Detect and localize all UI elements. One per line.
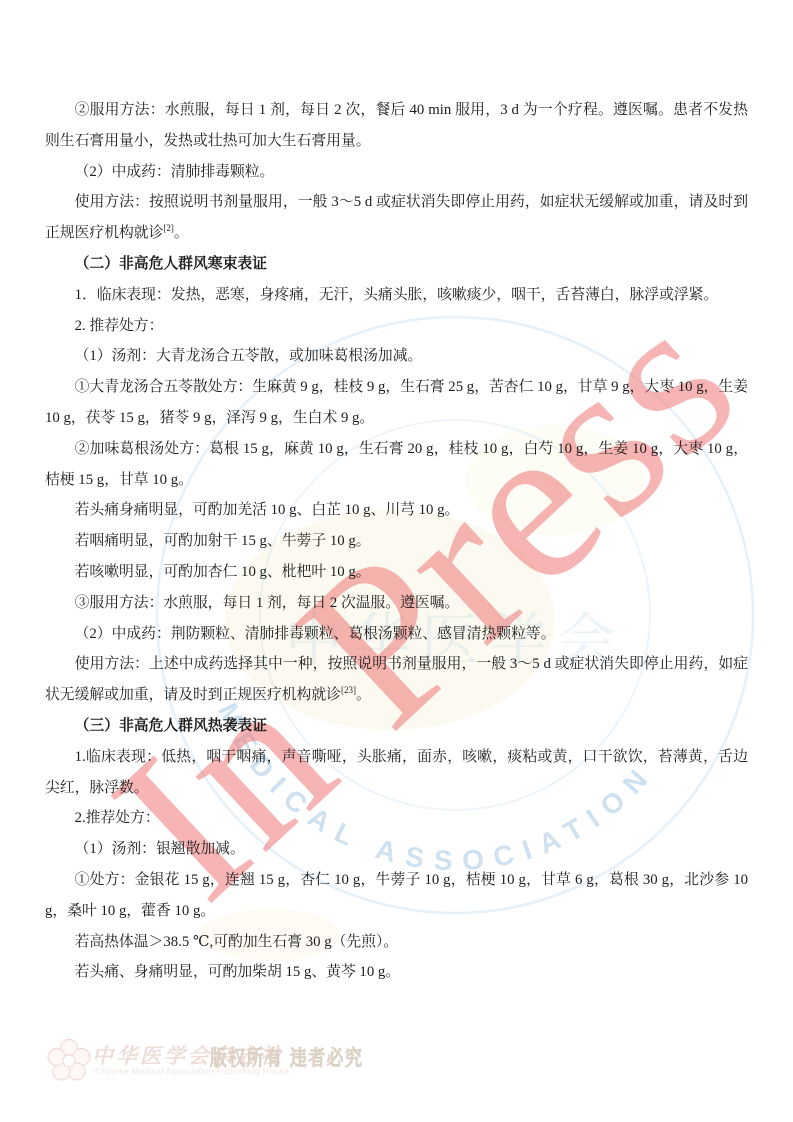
paragraph: 若头痛、身痛明显，可酌加柴胡 15 g、黄芩 10 g。 xyxy=(45,957,748,988)
paragraph: （1）汤剂：银翘散加减。 xyxy=(45,834,748,865)
text-run: （三）非高危人群风热袭表证 xyxy=(75,718,267,734)
text-run: 2. 推荐处方： xyxy=(75,318,164,334)
citation-superscript: [2] xyxy=(163,223,174,233)
paragraph: 1.临床表现：低热，咽干咽痛，声音嘶哑，头胀痛，面赤，咳嗽，痰粘或黄，口干欲饮，… xyxy=(45,742,748,804)
text-run: ①大青龙汤合五苓散处方：生麻黄 9 g，桂枝 9 g，生石膏 25 g，苦杏仁 … xyxy=(45,379,748,426)
paragraph: 使用方法：按照说明书剂量服用，一般 3～5 d 或症状消失即停止用药，如症状无缓… xyxy=(45,187,748,249)
paragraph: 若咽痛明显，可酌加射干 15 g、牛蒡子 10 g。 xyxy=(45,526,748,557)
paragraph: 2. 推荐处方： xyxy=(45,311,748,342)
paragraph: （1）汤剂：大青龙汤合五苓散，或加味葛根汤加减。 xyxy=(45,341,748,372)
document-body: ②服用方法：水煎服，每日 1 剂，每日 2 次，餐后 40 min 服用，3 d… xyxy=(45,95,748,988)
text-run: ②服用方法：水煎服，每日 1 剂，每日 2 次，餐后 40 min 服用，3 d… xyxy=(45,102,748,149)
text-run: （2）中成药：清肺排毒颗粒。 xyxy=(75,164,275,180)
text-run: ③服用方法：水煎服，每日 1 剂，每日 2 次温服。遵医嘱。 xyxy=(75,595,460,611)
paragraph: 使用方法：上述中成药选择其中一种，按照说明书剂量服用，一般 3～5 d 或症状消… xyxy=(45,649,748,711)
text-run: （1）汤剂：大青龙汤合五苓散，或加味葛根汤加减。 xyxy=(75,348,423,364)
paragraph: ③服用方法：水煎服，每日 1 剂，每日 2 次温服。遵医嘱。 xyxy=(45,588,748,619)
text-run: 若咽痛明显，可酌加射干 15 g、牛蒡子 10 g。 xyxy=(75,533,371,549)
paragraph: 若高热体温＞38.5 ℃,可酌加生石膏 30 g（先煎）。 xyxy=(45,927,748,958)
publisher-name-en: Chinese Medical Association Publishing H… xyxy=(95,1066,289,1076)
section-heading: （二）非高危人群风寒束表证 xyxy=(45,249,748,280)
paragraph: 若咳嗽明显，可酌加杏仁 10 g、枇杷叶 10 g。 xyxy=(45,557,748,588)
paragraph: （2）中成药：清肺排毒颗粒。 xyxy=(45,157,748,188)
copyright-watermark: 版权所有 违者必究 xyxy=(210,1042,363,1072)
paragraph: 2.推荐处方： xyxy=(45,803,748,834)
text-run: ②加味葛根汤处方：葛根 15 g，麻黄 10 g，生石膏 20 g，桂枝 10 … xyxy=(45,441,748,488)
paragraph: ②服用方法：水煎服，每日 1 剂，每日 2 次，餐后 40 min 服用，3 d… xyxy=(45,95,748,157)
text-run: 2.推荐处方： xyxy=(75,810,160,826)
text-run: 1．临床表现：发热，恶寒，身疼痛，无汗，头痛头胀，咳嗽痰少，咽干，舌苔薄白，脉浮… xyxy=(75,287,719,303)
text-run: 若头痛身痛明显，可酌加羌活 10 g、白芷 10 g、川芎 10 g。 xyxy=(75,502,460,518)
text-run: 若高热体温＞38.5 ℃,可酌加生石膏 30 g（先煎）。 xyxy=(75,934,399,950)
text-run: 若头痛、身痛明显，可酌加柴胡 15 g、黄芩 10 g。 xyxy=(75,964,401,980)
footer-watermarks: 中华医学会杂志社 Chinese Medical Association Pub… xyxy=(0,1030,793,1100)
text-run: 。 xyxy=(356,687,371,703)
paragraph: 1．临床表现：发热，恶寒，身疼痛，无汗，头痛头胀，咳嗽痰少，咽干，舌苔薄白，脉浮… xyxy=(45,280,748,311)
publisher-name-cn: 中华医学会杂志社 xyxy=(92,1040,284,1070)
text-run: 若咳嗽明显，可酌加杏仁 10 g、枇杷叶 10 g。 xyxy=(75,564,371,580)
text-run: （二）非高危人群风寒束表证 xyxy=(75,256,267,272)
text-run: 1.临床表现：低热，咽干咽痛，声音嘶哑，头胀痛，面赤，咳嗽，痰粘或黄，口干欲饮，… xyxy=(45,749,748,796)
paragraph: （2）中成药：荆防颗粒、清肺排毒颗粒、葛根汤颗粒、感冒清热颗粒等。 xyxy=(45,619,748,650)
text-run: （1）汤剂：银翘散加减。 xyxy=(75,841,245,857)
text-run: 使用方法：上述中成药选择其中一种，按照说明书剂量服用，一般 3～5 d 或症状消… xyxy=(45,656,748,703)
text-run: ①处方：金银花 15 g，连翘 15 g，杏仁 10 g，牛蒡子 10 g，桔梗… xyxy=(45,872,748,919)
paragraph: ②加味葛根汤处方：葛根 15 g，麻黄 10 g，生石膏 20 g，桂枝 10 … xyxy=(45,434,748,496)
citation-superscript: [23] xyxy=(341,685,356,695)
text-run: 。 xyxy=(174,225,189,241)
text-run: 使用方法：按照说明书剂量服用，一般 3～5 d 或症状消失即停止用药，如症状无缓… xyxy=(45,194,748,241)
paragraph: ①处方：金银花 15 g，连翘 15 g，杏仁 10 g，牛蒡子 10 g，桔梗… xyxy=(45,865,748,927)
section-heading: （三）非高危人群风热袭表证 xyxy=(45,711,748,742)
paragraph: 若头痛身痛明显，可酌加羌活 10 g、白芷 10 g、川芎 10 g。 xyxy=(45,495,748,526)
text-run: （2）中成药：荆防颗粒、清肺排毒颗粒、葛根汤颗粒、感冒清热颗粒等。 xyxy=(75,626,556,642)
paragraph: ①大青龙汤合五苓散处方：生麻黄 9 g，桂枝 9 g，生石膏 25 g，苦杏仁 … xyxy=(45,372,748,434)
plum-blossom-icon xyxy=(46,1038,92,1084)
